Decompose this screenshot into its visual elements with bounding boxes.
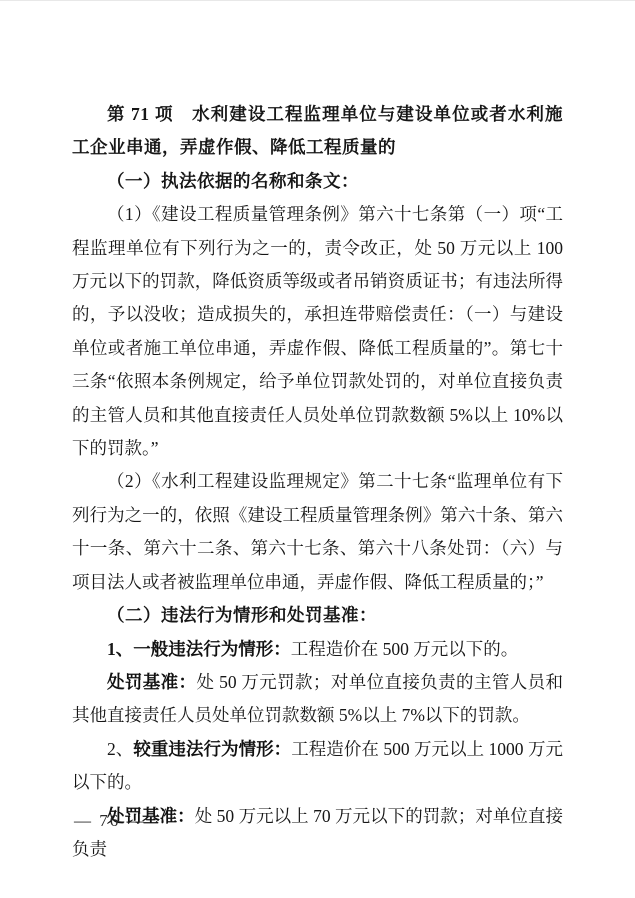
item1-number: 1、 [107,639,133,659]
document-page: 第 71 项 水利建设工程监理单位与建设单位或者水利施工企业串通，弄虚作假、降低… [0,0,635,898]
penalty1-label: 处罚基准： [107,672,196,692]
item2-number: 2、 [107,739,133,759]
section1-heading: （一）执法依据的名称和条文： [72,165,563,198]
document-title: 第 71 项 水利建设工程监理单位与建设单位或者水利施工企业串通，弄虚作假、降低… [72,98,563,165]
violation-item-1: 1、一般违法行为情形：工程造价在 500 万元以下的。 [72,633,563,666]
section2-heading: （二）违法行为情形和处罚基准： [72,599,563,632]
item1-text: 工程造价在 500 万元以下的。 [291,639,519,659]
penalty-basis-1: 处罚基准：处 50 万元罚款；对单位直接负责的主管人员和其他直接责任人员处单位罚… [72,666,563,733]
violation-item-2: 2、较重违法行为情形：工程造价在 500 万元以上 1000 万元以下的。 [72,733,563,800]
item2-label: 较重违法行为情形： [133,739,291,759]
item1-label: 一般违法行为情形： [133,639,291,659]
law-citation-2: （2）《水利工程建设监理规定》第二十七条“监理单位有下列行为之一的，依照《建设工… [72,465,563,599]
law-citation-1: （1）《建设工程质量管理条例》第六十七条第（一）项“工程监理单位有下列行为之一的… [72,198,563,465]
page-number: — 76 — [74,809,146,833]
penalty-basis-2: 处罚基准：处 50 万元以上 70 万元以下的罚款；对单位直接负责 [72,800,563,867]
page-content: 第 71 项 水利建设工程监理单位与建设单位或者水利施工企业串通，弄虚作假、降低… [72,98,563,866]
